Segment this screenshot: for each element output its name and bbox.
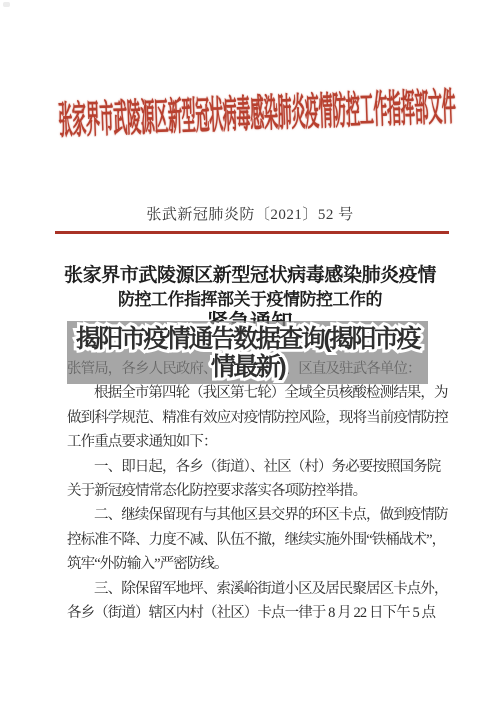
body-line: 做到科学规范、精准有效应对疫情防控风险，现将当前疫情防控 [67,406,451,430]
scan-artifact [3,2,10,7]
notice-body: 张管局，各乡人民政府、街道办事处、区直及驻武各单位： 根据全市第四轮（我区第七轮… [67,357,451,625]
body-line: 三、除保留军地坪、索溪峪街道小区及居民聚居区卡点外， [67,577,451,601]
body-line: 二、继续保留现有与其他区县交界的环区卡点，做到疫情防 [67,503,451,527]
body-line: 筑牢“外防输入”严密防线。 [67,552,451,576]
letterhead-title: 张家界市武陵源区新型冠状病毒感染肺炎疫情防控工作指挥部文件 [54,78,460,147]
body-line: 根据全市第四轮（我区第七轮）全域全员核酸检测结果，为 [67,381,451,405]
body-line: 工作重点要求通知如下： [67,430,451,454]
overlay-title-line-1: 揭阳市疫情通告数据查询(揭阳市疫 [76,325,419,353]
overlay-title-line-2: 情最新) [211,353,284,381]
overlay-band: 揭阳市疫情通告数据查询(揭阳市疫 情最新) 揭阳市疫情通告数据查询(揭阳市疫 情… [67,321,428,384]
body-line: 一、即日起，各乡（街道）、社区（村）务必要按照国务院 [67,455,451,479]
red-divider [55,231,449,234]
body-line: 控标准不降、力度不减、队伍不撤，继续实施外围“铁桶战术”， [67,528,451,552]
overlay-title: 揭阳市疫情通告数据查询(揭阳市疫 情最新) [67,321,428,384]
document-number: 张武新冠肺炎防〔2021〕52 号 [0,203,500,224]
document-page: 张家界市武陵源区新型冠状病毒感染肺炎疫情防控工作指挥部文件 张武新冠肺炎防〔20… [0,0,500,707]
body-line: 关于新冠疫情常态化防控要求落实各项防控举措。 [67,479,451,503]
notice-title-line-1: 张家界市武陵源区新型冠状病毒感染肺炎疫情 [0,260,500,287]
body-line: 各乡（街道）辖区内村（社区）卡点一律于 8 月 22 日下午 5 点 [67,601,451,625]
